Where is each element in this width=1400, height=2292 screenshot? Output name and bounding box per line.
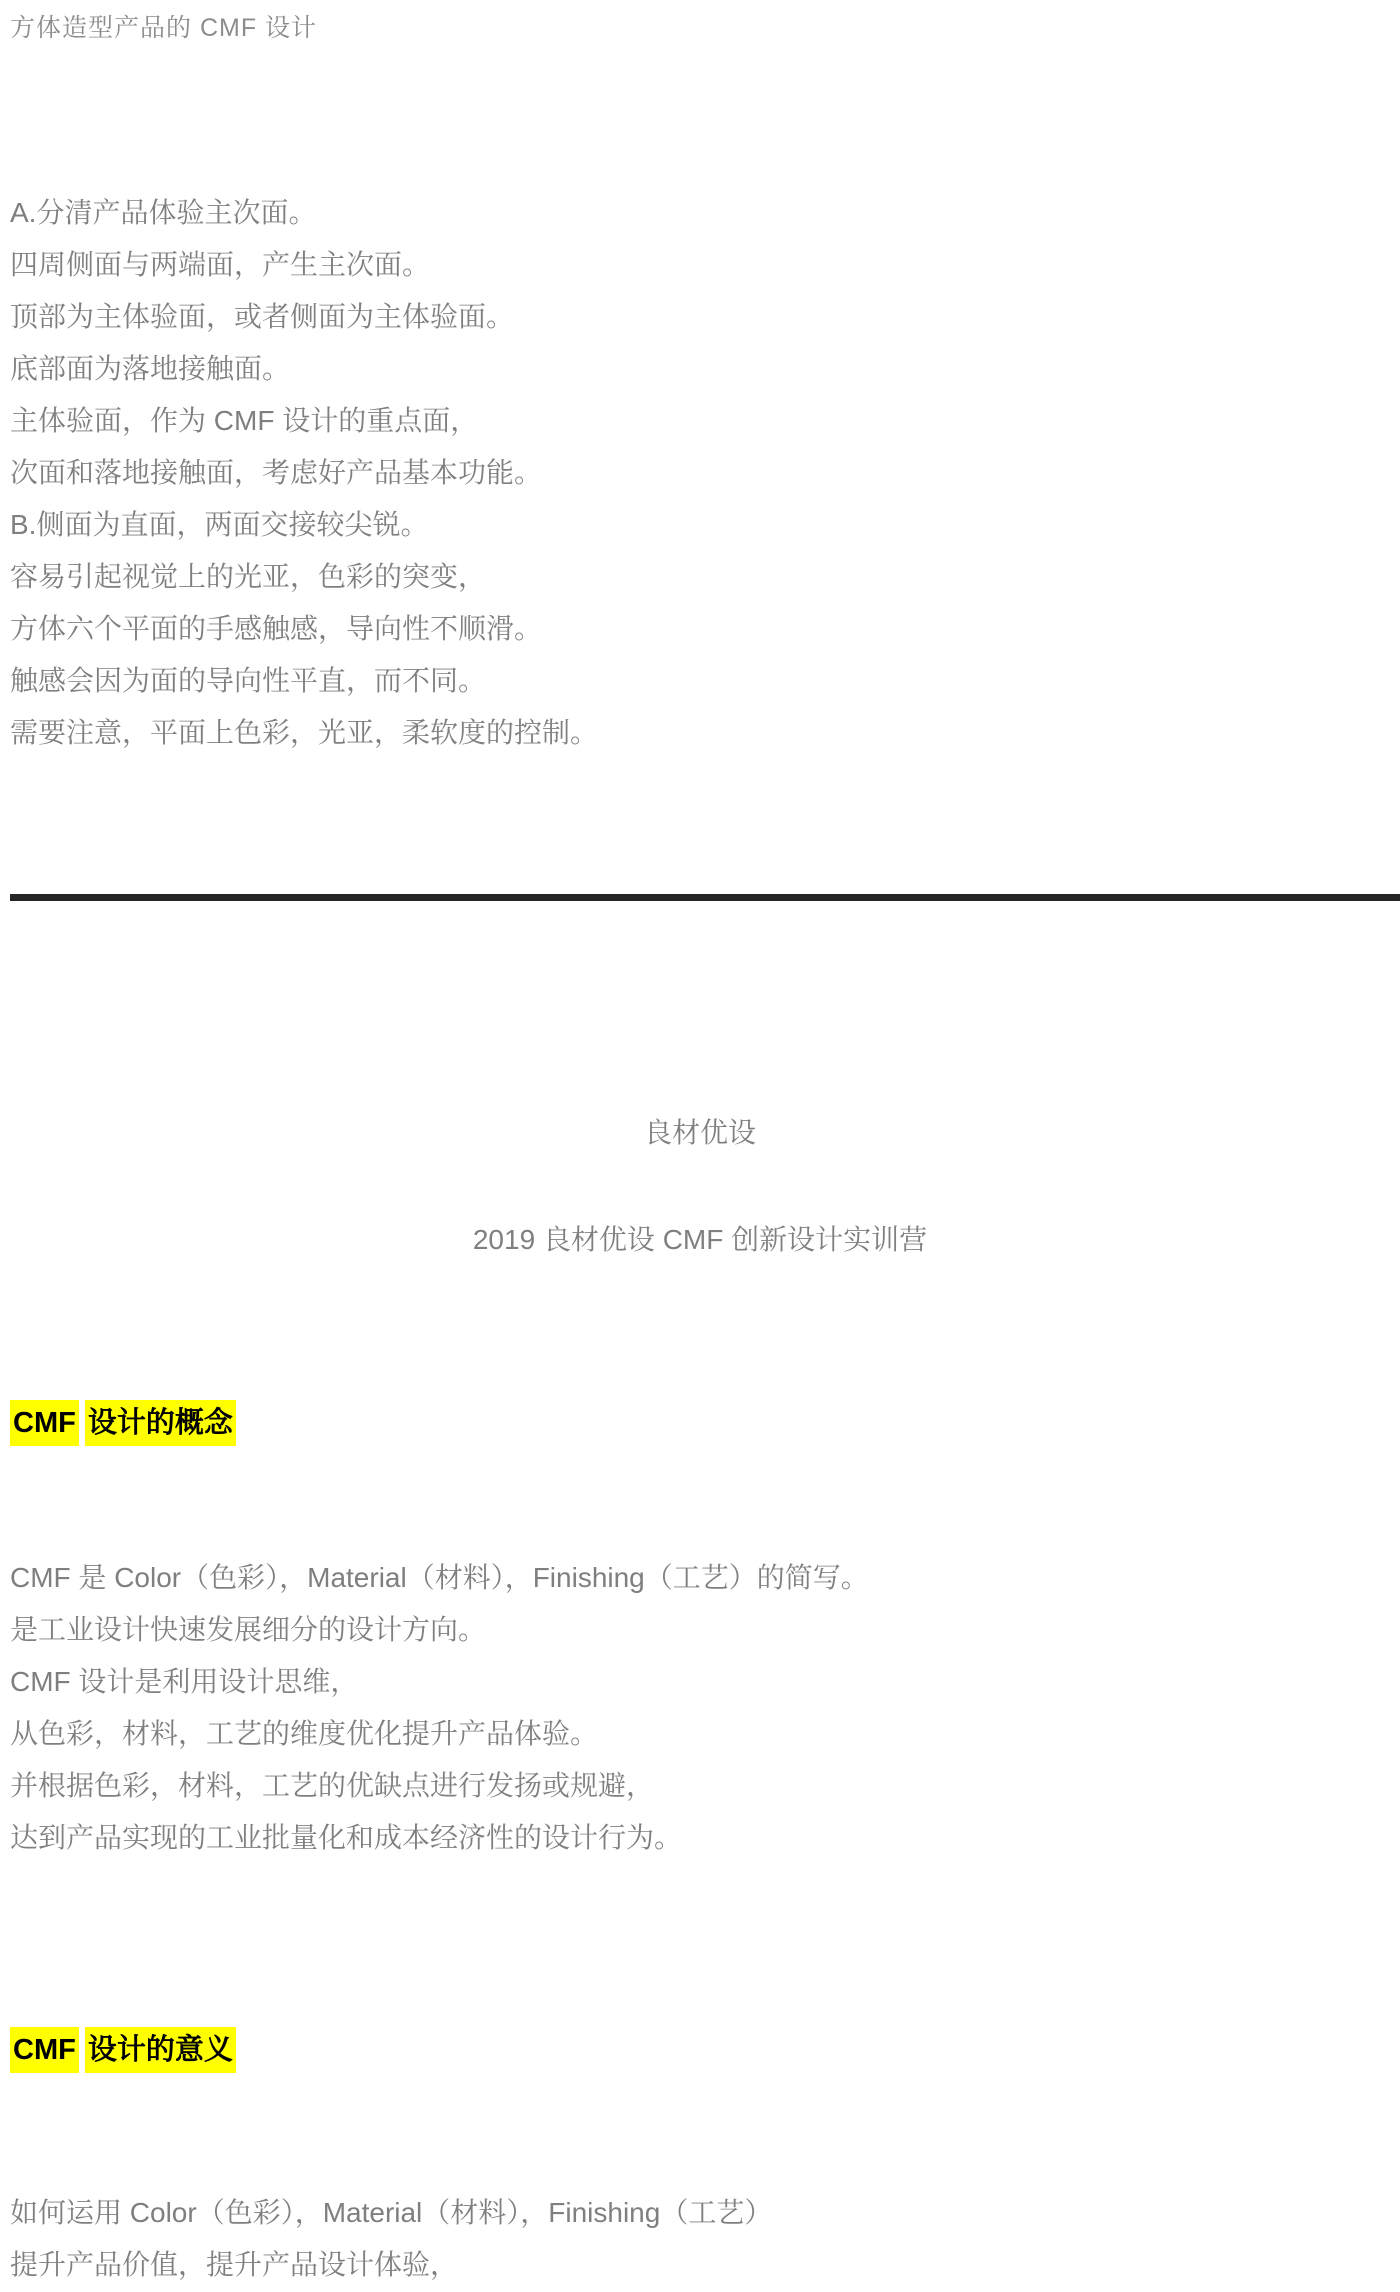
text-line: 达到产品实现的工业批量化和成本经济性的设计行为。 xyxy=(10,1812,869,1864)
text-line: 提升产品价值，提升产品设计体验， xyxy=(10,2239,772,2291)
text-line: 容易引起视觉上的光亚，色彩的突变， xyxy=(10,551,598,603)
event-title: 2019 良材优设 CMF 创新设计实训营 xyxy=(0,1214,1400,1266)
concept-heading-en: CMF xyxy=(10,1400,79,1446)
text-line: 需要注意，平面上色彩，光亚，柔软度的控制。 xyxy=(10,707,598,759)
concept-section: CMF 是 Color（色彩），Material（材料），Finishing（工… xyxy=(10,1552,869,1864)
text-line: 底部面为落地接触面。 xyxy=(10,343,598,395)
page-title: 方体造型产品的 CMF 设计 xyxy=(10,8,317,44)
text-line: CMF 设计是利用设计思维， xyxy=(10,1656,869,1708)
meaning-heading: CMF设计的意义 xyxy=(10,2027,236,2073)
text-line: 顶部为主体验面，或者侧面为主体验面。 xyxy=(10,291,598,343)
text-line: B.侧面为直面，两面交接较尖锐。 xyxy=(10,499,598,551)
text-line: 并根据色彩，材料，工艺的优缺点进行发扬或规避， xyxy=(10,1760,869,1812)
text-line: A.分清产品体验主次面。 xyxy=(10,187,598,239)
concept-heading: CMF设计的概念 xyxy=(10,1400,236,1446)
text-line: 从色彩，材料，工艺的维度优化提升产品体验。 xyxy=(10,1708,869,1760)
text-line: 触感会因为面的导向性平直，而不同。 xyxy=(10,655,598,707)
meaning-heading-zh: 设计的意义 xyxy=(85,2027,236,2073)
section-divider xyxy=(10,894,1400,901)
concept-heading-zh: 设计的概念 xyxy=(85,1400,236,1446)
text-line: 四周侧面与两端面，产生主次面。 xyxy=(10,239,598,291)
text-line: 如何运用 Color（色彩），Material（材料），Finishing（工艺… xyxy=(10,2187,772,2239)
brand-name: 良材优设 xyxy=(0,1107,1400,1159)
meaning-section: 如何运用 Color（色彩），Material（材料），Finishing（工艺… xyxy=(10,2187,772,2291)
text-line: 是工业设计快速发展细分的设计方向。 xyxy=(10,1604,869,1656)
top-section: A.分清产品体验主次面。 四周侧面与两端面，产生主次面。 顶部为主体验面，或者侧… xyxy=(10,187,598,759)
text-line: CMF 是 Color（色彩），Material（材料），Finishing（工… xyxy=(10,1552,869,1604)
text-line: 方体六个平面的手感触感，导向性不顺滑。 xyxy=(10,603,598,655)
meaning-heading-en: CMF xyxy=(10,2027,79,2073)
text-line: 主体验面，作为 CMF 设计的重点面， xyxy=(10,395,598,447)
text-line: 次面和落地接触面，考虑好产品基本功能。 xyxy=(10,447,598,499)
